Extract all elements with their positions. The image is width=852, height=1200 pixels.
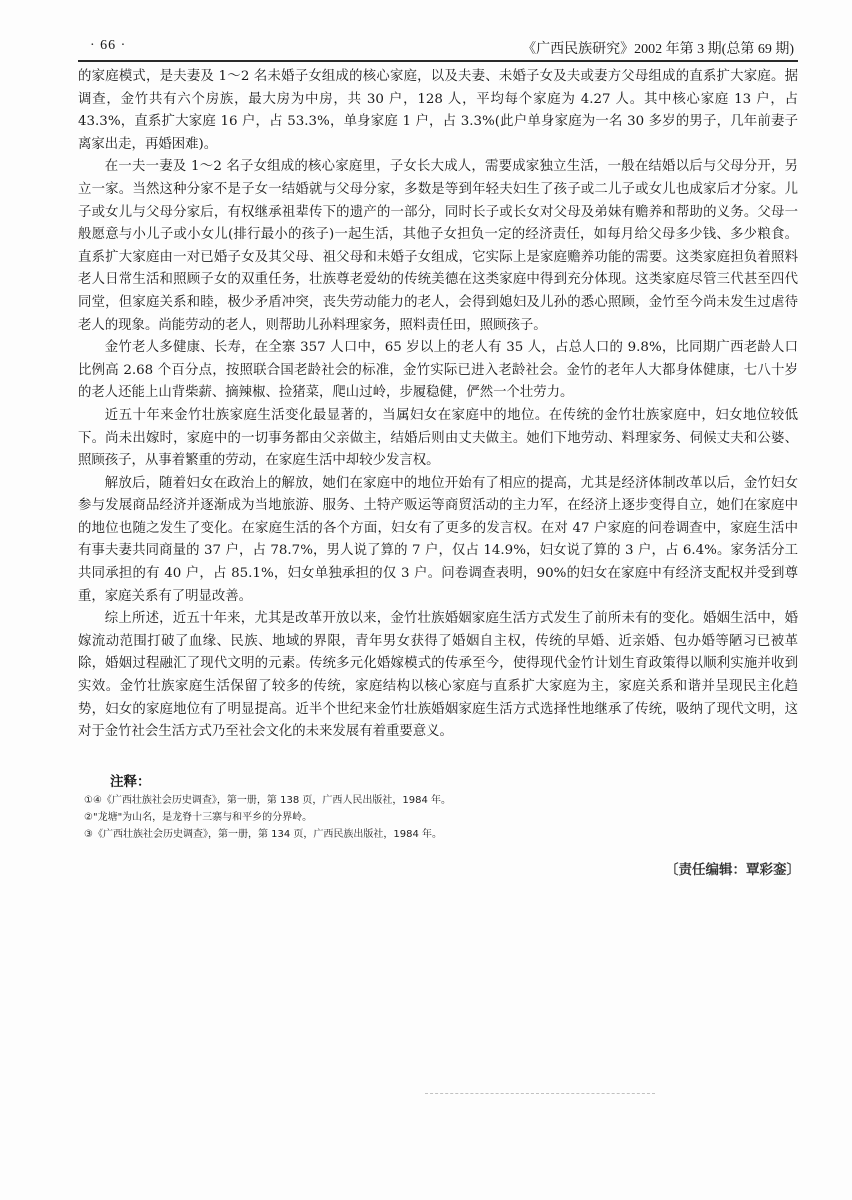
note-item: ③《广西壮族社会历史调查》，第一册，第 134 页，广西民族出版社，1984 年…	[84, 826, 610, 843]
responsible-editor: 〔责任编辑：覃彩銮〕	[665, 858, 800, 878]
scan-artifact-line	[425, 1093, 655, 1095]
page-number: · 66 ·	[90, 38, 126, 54]
page-header: · 66 · 《广西民族研究》2002 年第 3 期(总第 69 期)	[78, 36, 798, 62]
note-item: ②"龙塘"为山名，是龙脊十三寨与和平乡的分界岭。	[84, 809, 610, 826]
paragraph: 在一夫一妻及 1～2 名子女组成的核心家庭里，子女长大成人，需要成家独立生活，一…	[78, 156, 798, 337]
journal-title: 《广西民族研究》2002 年第 3 期(总第 69 期)	[522, 38, 794, 58]
paragraph: 的家庭模式，是夫妻及 1～2 名未婚子女组成的核心家庭，以及夫妻、未婚子女及夫或…	[78, 66, 798, 156]
paragraph: 近五十年来金竹壮族家庭生活变化最显著的，当属妇女在家庭中的地位。在传统的金竹壮族…	[78, 405, 798, 473]
article-body: 的家庭模式，是夫妻及 1～2 名未婚子女组成的核心家庭，以及夫妻、未婚子女及夫或…	[78, 66, 798, 744]
paragraph: 金竹老人多健康、长寿，在全寨 357 人口中，65 岁以上的老人有 35 人，占…	[78, 337, 798, 405]
paragraph: 综上所述，近五十年来，尤其是改革开放以来，金竹壮族婚姻家庭生活方式发生了前所未有…	[78, 608, 798, 744]
notes-section: 注释： ①④《广西壮族社会历史调查》，第一册，第 138 页，广西人民出版社，1…	[110, 770, 610, 843]
note-item: ①④《广西壮族社会历史调查》，第一册，第 138 页，广西人民出版社，1984 …	[84, 792, 610, 809]
paragraph: 解放后，随着妇女在政治上的解放，她们在家庭中的地位开始有了相应的提高，尤其是经济…	[78, 473, 798, 609]
notes-title: 注释：	[110, 770, 610, 790]
